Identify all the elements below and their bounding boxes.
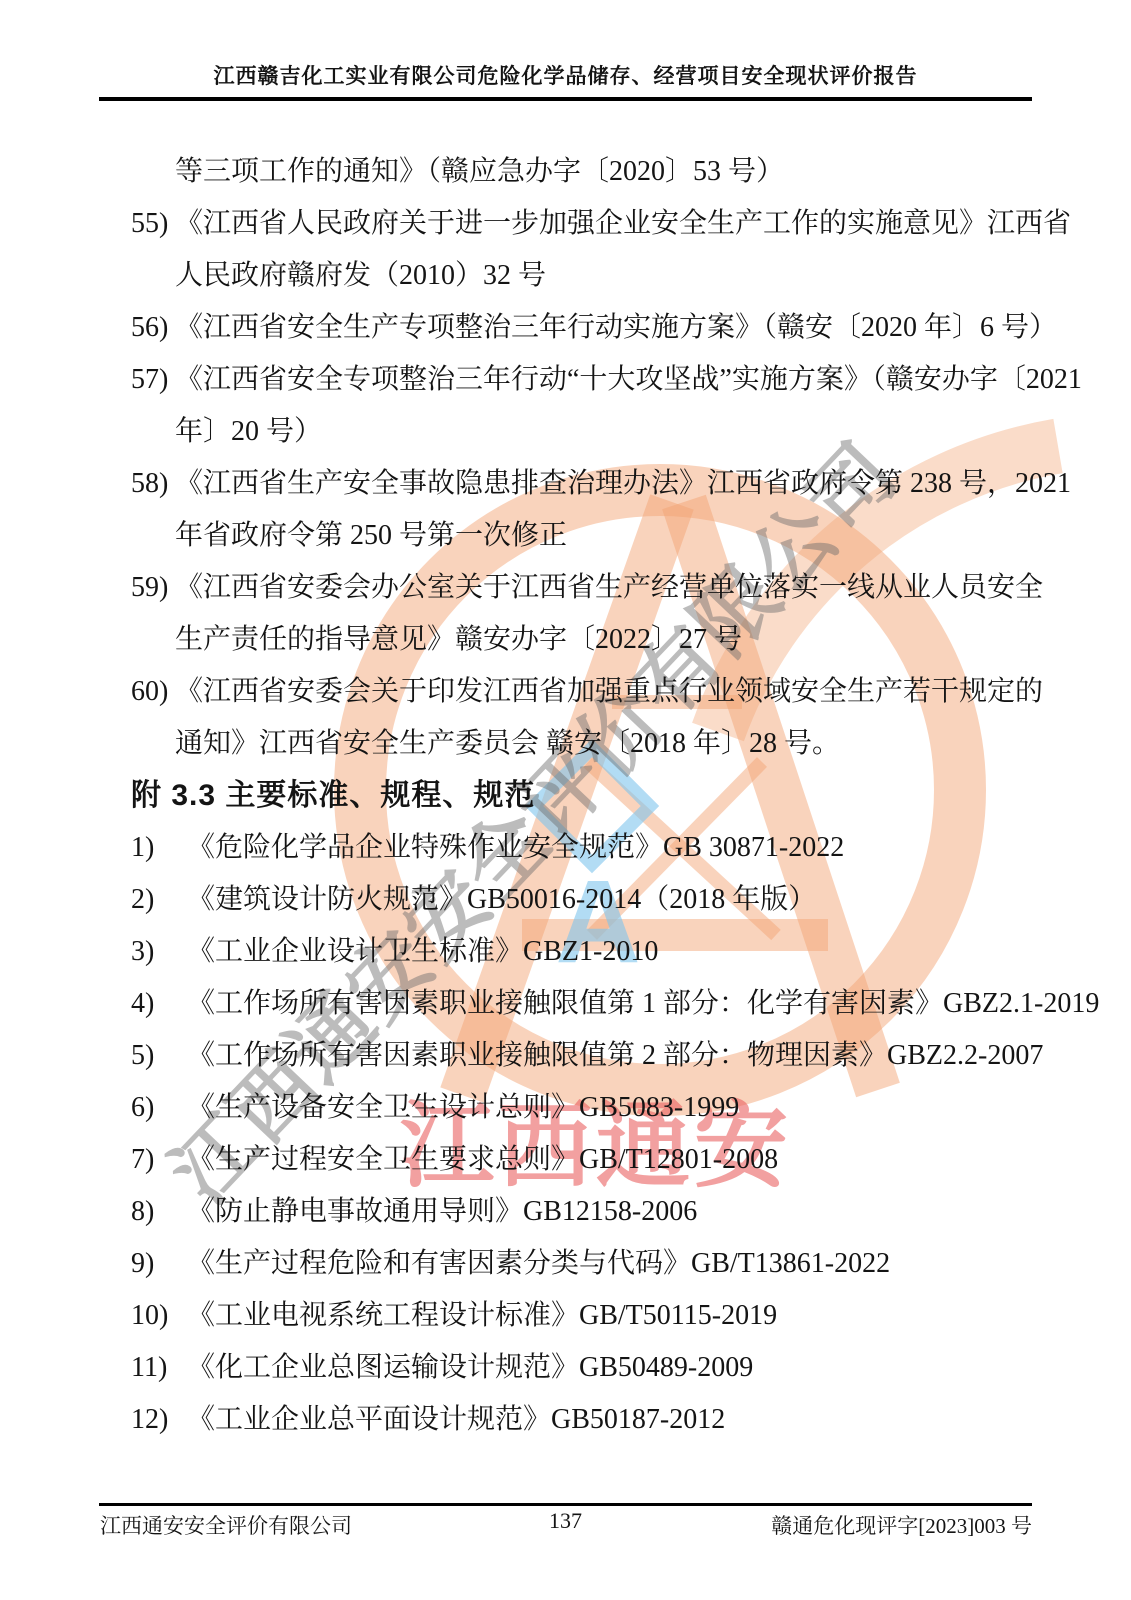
- page-content: 江西赣吉化工实业有限公司危险化学品储存、经营项目安全现状评价报告 等三项工作的通…: [0, 0, 1131, 1600]
- line-text: 《江西省安委会关于印发江西省加强重点行业领域安全生产若干规定的: [175, 676, 1043, 707]
- line-text: 《防止静电事故通用导则》GB12158-2006: [187, 1196, 697, 1227]
- line-text: 《生产设备安全卫生设计总则》GB5083-1999: [187, 1092, 739, 1123]
- text-line: 生产责任的指导意见》赣安办字〔2022〕27 号: [131, 614, 1036, 666]
- text-line: 11)《化工企业总图运输设计规范》GB50489-2009: [131, 1342, 1036, 1394]
- header-rule: [99, 97, 1032, 101]
- line-text: 通知》江西省安全生产委员会 赣安〔2018 年〕28 号。: [175, 728, 840, 759]
- line-text: 《江西省人民政府关于进一步加强企业安全生产工作的实施意见》江西省: [175, 208, 1071, 239]
- line-text: 《建筑设计防火规范》GB50016-2014（2018 年版）: [187, 884, 816, 915]
- section-heading: 附 3.3 主要标准、规程、规范: [131, 770, 1036, 822]
- line-text: 人民政府赣府发（2010）32 号: [175, 260, 546, 291]
- text-line: 12)《工业企业总平面设计规范》GB50187-2012: [131, 1394, 1036, 1446]
- text-line: 57)《江西省安全专项整治三年行动“十大攻坚战”实施方案》（赣安办字〔2021: [131, 354, 1036, 406]
- line-text: 年〕20 号）: [175, 416, 322, 447]
- text-line: 7)《生产过程安全卫生要求总则》GB/T12801-2008: [131, 1134, 1036, 1186]
- list-number: 4): [131, 978, 187, 1030]
- line-text: 《危险化学品企业特殊作业安全规范》GB 30871-2022: [187, 832, 844, 863]
- line-text: 年省政府令第 250 号第一次修正: [175, 520, 567, 551]
- text-line: 年省政府令第 250 号第一次修正: [131, 510, 1036, 562]
- footer-doc-number: 赣通危化现评字[2023]003 号: [771, 1510, 1032, 1540]
- text-line: 56)《江西省安全生产专项整治三年行动实施方案》（赣安〔2020 年〕6 号）: [131, 302, 1036, 354]
- line-text: 等三项工作的通知》（赣应急办字〔2020〕53 号）: [175, 156, 784, 187]
- list-number: 56): [131, 302, 175, 354]
- line-text: 《江西省安全专项整治三年行动“十大攻坚战”实施方案》（赣安办字〔2021: [175, 364, 1082, 395]
- line-text: 《工业电视系统工程设计标准》GB/T50115-2019: [187, 1300, 777, 1331]
- list-number: 1): [131, 822, 187, 874]
- line-text: 《生产过程安全卫生要求总则》GB/T12801-2008: [187, 1144, 778, 1175]
- list-number: 12): [131, 1394, 187, 1446]
- line-text: 《工业企业设计卫生标准》GBZ1-2010: [187, 936, 658, 967]
- line-text: 《化工企业总图运输设计规范》GB50489-2009: [187, 1352, 753, 1383]
- footer-rule: [99, 1503, 1032, 1506]
- list-number: 11): [131, 1342, 187, 1394]
- body-lines: 等三项工作的通知》（赣应急办字〔2020〕53 号）55)《江西省人民政府关于进…: [131, 146, 1036, 1446]
- text-line: 3)《工业企业设计卫生标准》GBZ1-2010: [131, 926, 1036, 978]
- list-number: 59): [131, 562, 175, 614]
- text-line: 1)《危险化学品企业特殊作业安全规范》GB 30871-2022: [131, 822, 1036, 874]
- line-text: 《工作场所有害因素职业接触限值第 2 部分：物理因素》GBZ2.2-2007: [187, 1040, 1043, 1071]
- list-number: 10): [131, 1290, 187, 1342]
- line-text: 生产责任的指导意见》赣安办字〔2022〕27 号: [175, 624, 742, 655]
- list-number: 9): [131, 1238, 187, 1290]
- text-line: 59)《江西省安委会办公室关于江西省生产经营单位落实一线从业人员安全: [131, 562, 1036, 614]
- line-text: 《工业企业总平面设计规范》GB50187-2012: [187, 1404, 725, 1435]
- page-header-title: 江西赣吉化工实业有限公司危险化学品储存、经营项目安全现状评价报告: [0, 60, 1131, 90]
- text-line: 2)《建筑设计防火规范》GB50016-2014（2018 年版）: [131, 874, 1036, 926]
- text-line: 6)《生产设备安全卫生设计总则》GB5083-1999: [131, 1082, 1036, 1134]
- text-line: 5)《工作场所有害因素职业接触限值第 2 部分：物理因素》GBZ2.2-2007: [131, 1030, 1036, 1082]
- list-number: 2): [131, 874, 187, 926]
- text-line: 8)《防止静电事故通用导则》GB12158-2006: [131, 1186, 1036, 1238]
- line-text: 《工作场所有害因素职业接触限值第 1 部分：化学有害因素》GBZ2.1-2019: [187, 988, 1099, 1019]
- text-line: 4)《工作场所有害因素职业接触限值第 1 部分：化学有害因素》GBZ2.1-20…: [131, 978, 1036, 1030]
- text-line: 通知》江西省安全生产委员会 赣安〔2018 年〕28 号。: [131, 718, 1036, 770]
- document-page: A 江西通安安全评价有限公司 江西通安 江西赣吉化工实业有限公司危险化学品储存、…: [0, 0, 1131, 1600]
- list-number: 57): [131, 354, 175, 406]
- text-line: 等三项工作的通知》（赣应急办字〔2020〕53 号）: [131, 146, 1036, 198]
- line-text: 《江西省生产安全事故隐患排查治理办法》江西省政府令第 238 号，2021: [175, 468, 1071, 499]
- list-number: 6): [131, 1082, 187, 1134]
- list-number: 58): [131, 458, 175, 510]
- text-line: 10)《工业电视系统工程设计标准》GB/T50115-2019: [131, 1290, 1036, 1342]
- text-line: 55)《江西省人民政府关于进一步加强企业安全生产工作的实施意见》江西省: [131, 198, 1036, 250]
- text-line: 年〕20 号）: [131, 406, 1036, 458]
- list-number: 7): [131, 1134, 187, 1186]
- line-text: 《江西省安全生产专项整治三年行动实施方案》（赣安〔2020 年〕6 号）: [175, 312, 1057, 343]
- text-line: 58)《江西省生产安全事故隐患排查治理办法》江西省政府令第 238 号，2021: [131, 458, 1036, 510]
- section-heading-text: 附 3.3 主要标准、规程、规范: [131, 779, 535, 812]
- list-number: 8): [131, 1186, 187, 1238]
- list-number: 60): [131, 666, 175, 718]
- text-line: 人民政府赣府发（2010）32 号: [131, 250, 1036, 302]
- list-number: 55): [131, 198, 175, 250]
- text-line: 9)《生产过程危险和有害因素分类与代码》GB/T13861-2022: [131, 1238, 1036, 1290]
- list-number: 3): [131, 926, 187, 978]
- text-line: 60)《江西省安委会关于印发江西省加强重点行业领域安全生产若干规定的: [131, 666, 1036, 718]
- list-number: 5): [131, 1030, 187, 1082]
- line-text: 《生产过程危险和有害因素分类与代码》GB/T13861-2022: [187, 1248, 890, 1279]
- line-text: 《江西省安委会办公室关于江西省生产经营单位落实一线从业人员安全: [175, 572, 1043, 603]
